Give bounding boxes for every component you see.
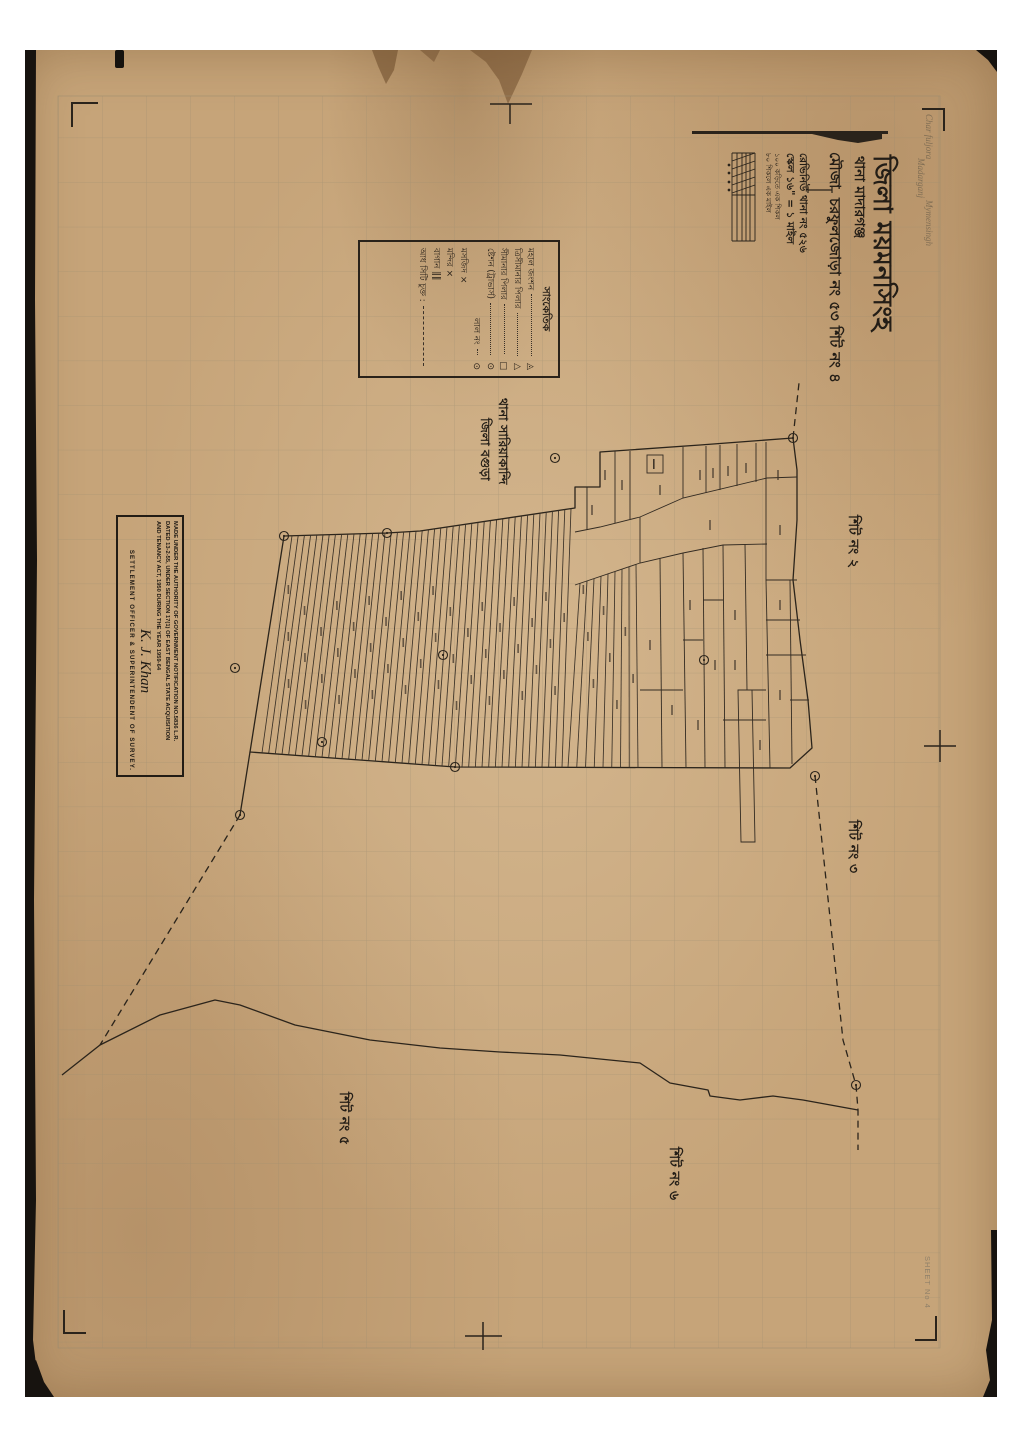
plot-number-mark <box>305 700 307 709</box>
legend-item-label: মসজিদ <box>456 248 470 273</box>
plot-number-mark <box>583 585 585 594</box>
printed-sheet-number: SHEET No 4 <box>924 1256 932 1309</box>
plot-number-mark <box>659 485 661 495</box>
plot-number-mark <box>435 633 437 642</box>
traverse-station-centre <box>283 535 285 537</box>
plot-number-mark <box>616 700 618 709</box>
plot-number-mark <box>779 600 781 610</box>
plot-number-mark <box>338 695 340 704</box>
plot-number-mark <box>336 601 338 610</box>
legend-item-label: সীমানার পিলার <box>496 248 510 300</box>
traverse-station-centre <box>792 437 794 439</box>
plot-number-mark <box>499 623 501 632</box>
plot-number-mark <box>438 680 440 689</box>
plot-number-mark <box>609 653 611 662</box>
plot-number-mark <box>372 690 374 699</box>
plot-number-mark <box>521 691 523 700</box>
legend-item-label: লাল নং <box>469 318 483 345</box>
plot-number-mark <box>417 612 419 621</box>
plot-number-mark <box>625 627 627 636</box>
signatory-title: SETTLEMENT OFFICER & SUPERINTENDENT OF S… <box>127 521 136 771</box>
traverse-station-centre <box>386 532 388 534</box>
traverse-station-centre <box>234 667 236 669</box>
legend-item-label: মন্দির <box>442 248 456 267</box>
sheet-label-6: শিট নং ৬ <box>667 1147 681 1200</box>
plot-number-mark <box>545 592 547 601</box>
plot-number-mark <box>759 740 761 750</box>
pencil-note-thana: Madarganj <box>916 158 925 198</box>
plot-number-mark <box>456 701 458 710</box>
plot-number-mark <box>632 674 634 683</box>
certification-text-line: MADE UNDER THE AUTHORITY OF GOVERNMENT N… <box>171 521 179 771</box>
plot-number-mark <box>321 674 323 683</box>
adjacent-district-label: জিলা বগুড়া <box>479 418 492 481</box>
traverse-station-centre <box>321 741 323 743</box>
certification-text-line: DATED 13-2-55, UNDER SECTION 17(1) OF EA… <box>162 521 170 771</box>
plot-number-mark <box>387 664 389 673</box>
plot-number-mark <box>481 602 483 611</box>
certification-text-line: AND TENANCY ACT, 1950 DURING THE YEAR 19… <box>154 521 162 771</box>
legend-box: সাংকেতিক মহাল জংশন ◬ ত্রিসীমানার পিলার △… <box>358 240 560 378</box>
temple-symbol-icon: × <box>444 270 454 278</box>
map-scale: স্কেল ১৬" = ১ মাইল <box>785 153 796 244</box>
certification-box: MADE UNDER THE AUTHORITY OF GOVERNMENT N… <box>116 515 184 777</box>
plot-number-mark <box>563 613 565 622</box>
plot-number-mark <box>734 610 736 620</box>
plot-number-mark <box>304 653 306 662</box>
legend-item-label: আধ সিটি চুক্ত : <box>415 248 429 302</box>
plot-number-mark <box>420 659 422 668</box>
plot-number-mark <box>699 470 701 480</box>
plot-number-mark <box>432 586 434 595</box>
plot-number-mark <box>779 690 781 700</box>
legend-item: ত্রিসীমানার পিলার △ <box>510 248 524 370</box>
mouza-name: চরফুলজোড়া নং ৫৩ শিট নং ৪ <box>827 198 842 383</box>
plot-number-mark <box>370 643 372 652</box>
scale-note-mile: ৮০ শিকলে এক মাইল <box>764 153 771 213</box>
plot-number-mark <box>354 669 356 678</box>
plot-number-mark <box>587 632 589 641</box>
legend-item: মন্দির × <box>443 248 457 370</box>
plot-number-mark <box>402 638 404 647</box>
plot-number-mark <box>385 617 387 626</box>
mouza-label: মৌজা <box>827 152 842 188</box>
plot-number-mark <box>288 632 290 641</box>
plot-number-mark <box>288 585 290 594</box>
revenue-thana-number: রেভিনিউ থানা নং ৫২৬ <box>798 153 809 253</box>
traverse-station-centre <box>442 654 444 656</box>
traverse-station-centre <box>703 659 705 661</box>
plot-number-mark <box>368 596 370 605</box>
legend-leader <box>477 349 478 356</box>
plot-number-mark <box>709 520 711 530</box>
plot-number-mark <box>697 720 699 730</box>
plot-number-mark <box>714 660 716 670</box>
plot-number-mark <box>400 591 402 600</box>
half-sheet-line-icon <box>423 306 424 366</box>
plot-number-mark <box>745 463 747 473</box>
legend-item: সীমানার পিলার □ <box>497 248 511 370</box>
legend-leader <box>490 303 491 356</box>
legend-item-label: ষ্টেশন (ট্রাভার্স) <box>483 248 497 299</box>
plot-number-mark <box>320 627 322 636</box>
station-number-icon: ⊙ <box>471 362 481 370</box>
sheet-label-5: শিট নং ৫ <box>337 1092 351 1145</box>
plot-number-mark <box>337 648 339 657</box>
plot-number-mark <box>671 705 673 715</box>
mosque-symbol-icon: × <box>458 276 468 284</box>
plot-number-mark <box>554 686 556 695</box>
plot-number-mark <box>593 679 595 688</box>
plot-number-mark <box>603 606 605 615</box>
plot-number-mark <box>453 654 455 663</box>
plot-number-mark <box>779 525 781 535</box>
plot-number-mark <box>304 606 306 615</box>
legend-leader <box>531 294 532 356</box>
traverse-station-icon: ⊙ <box>485 362 495 370</box>
adjacent-thana-label: থানা সারিয়াকান্দি <box>497 398 510 484</box>
legend-leader <box>517 313 518 357</box>
traverse-station-centre <box>239 814 241 816</box>
plot-number-mark <box>689 600 691 610</box>
plot-number-mark <box>621 480 623 490</box>
traverse-station-centre <box>554 457 556 459</box>
plot-number-mark <box>288 679 290 688</box>
plot-number-mark <box>734 660 736 670</box>
legend-item: বাগান ‖‖ <box>429 248 443 370</box>
plot-number-mark <box>649 640 651 650</box>
plot-number-mark <box>503 670 505 679</box>
pencil-note-mouza: Char fuljora <box>924 114 933 159</box>
plot-number-mark <box>591 505 593 515</box>
plot-number-mark <box>485 649 487 658</box>
plot-number-mark <box>405 685 407 694</box>
district-title: জিলা ময়মনসিংহ <box>869 155 895 331</box>
plot-number-mark <box>712 468 714 478</box>
sheet-label-2: শিট নং ২ <box>846 515 860 568</box>
plot-number-mark <box>536 665 538 674</box>
scale-note-chain: ১০০ কড়িতে এক শিকল <box>773 153 780 220</box>
plot-number-mark <box>450 607 452 616</box>
legend-title: সাংকেতিক <box>537 248 553 370</box>
plot-number-mark <box>513 597 515 606</box>
tri-junction-pillar-icon: △ <box>512 363 522 370</box>
plot-number-mark <box>517 644 519 653</box>
plot-number-mark <box>604 470 606 480</box>
thana-name: থানা মাদারগঞ্জ <box>852 156 866 239</box>
legend-item: ষ্টেশন (ট্রাভার্স) ⊙ <box>483 248 497 370</box>
legend-item-label: মহাল জংশন <box>523 248 537 290</box>
traverse-station-centre <box>855 1084 857 1086</box>
legend-item-label: বাগান <box>429 248 443 268</box>
traverse-station-centre <box>454 766 456 768</box>
legend-item-label: ত্রিসীমানার পিলার <box>510 248 524 309</box>
plot-number-mark <box>489 696 491 705</box>
sheet-label-3: শিট নং ৩ <box>846 820 860 873</box>
plot-number-mark <box>727 466 729 476</box>
boundary-pillar-icon: □ <box>498 361 508 370</box>
garden-symbol-icon: ‖‖ <box>431 271 441 280</box>
plot-number-mark <box>467 628 469 637</box>
legend-leader <box>504 304 505 355</box>
junction-symbol-icon: ◬ <box>525 363 535 370</box>
plot-number-mark <box>550 639 552 648</box>
pencil-note-district: Mymensingh <box>924 200 933 246</box>
legend-item: মসজিদ × <box>456 248 470 370</box>
plot-number-mark <box>531 618 533 627</box>
legend-item: লাল নং ⊙ <box>470 248 484 370</box>
plot-number-mark <box>470 675 472 684</box>
plot-number-mark <box>777 470 779 480</box>
plot-number-mark <box>353 622 355 631</box>
legend-item: আধ সিটি চুক্ত : <box>416 248 430 370</box>
traverse-station-centre <box>814 775 816 777</box>
legend-item: মহাল জংশন ◬ <box>524 248 538 370</box>
plot-number-mark <box>653 459 655 469</box>
officer-signature: K. J. Khan <box>136 521 154 771</box>
